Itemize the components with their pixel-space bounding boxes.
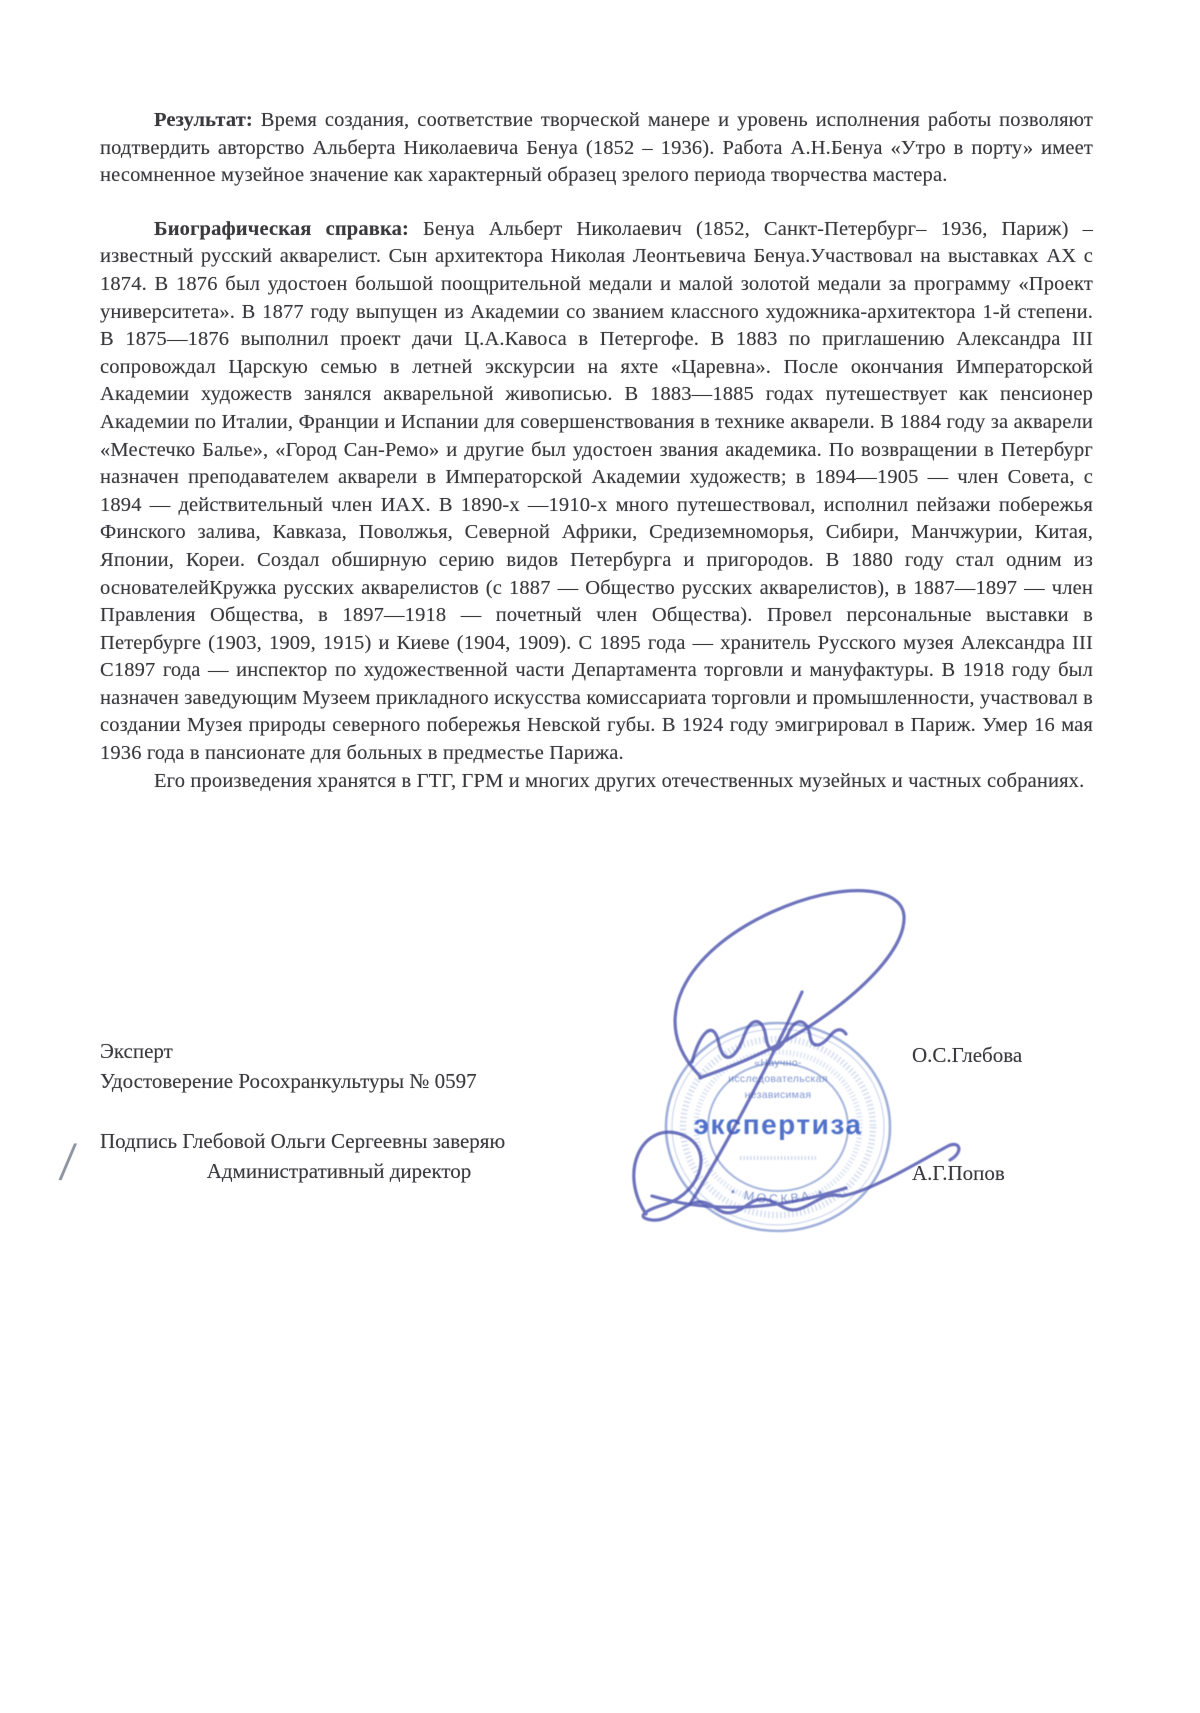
result-paragraph: Результат: Время создания, соответствие … xyxy=(100,107,1093,190)
collections-paragraph: Его произведения хранятся в ГТГ, ГРМ и м… xyxy=(100,768,1093,796)
document-body: Результат: Время создания, соответствие … xyxy=(100,107,1093,795)
certificate-line: Удостоверение Росохранкультуры № 0597 xyxy=(100,1066,477,1096)
stamp-center-word: экспертиза xyxy=(694,1109,863,1140)
collections-text: Его произведения хранятся в ГТГ, ГРМ и м… xyxy=(154,770,1084,792)
expert-label: Эксперт xyxy=(100,1036,477,1066)
official-stamp: «Научно- исследовательская независимая э… xyxy=(550,870,1030,1300)
expert-block: Эксперт Удостоверение Росохранкультуры №… xyxy=(100,1036,477,1096)
biography-text: Бенуа Альберт Николаевич (1852, Санкт-Пе… xyxy=(100,218,1093,764)
pen-slash-mark: / xyxy=(58,1130,78,1195)
attestation-line-1: Подпись Глебовой Ольги Сергеевны заверяю xyxy=(100,1126,578,1156)
attestation-block: Подпись Глебовой Ольги Сергеевны заверяю… xyxy=(100,1126,578,1186)
biography-paragraph: Биографическая справка: Бенуа Альберт Ни… xyxy=(100,216,1093,768)
document-page: Результат: Время создания, соответствие … xyxy=(0,0,1200,1713)
expert-signature xyxy=(675,891,904,1204)
result-label: Результат: xyxy=(154,109,253,131)
stamp-center-line-1: «Научно- xyxy=(754,1057,802,1069)
stamp-center-line-2: исследовательская xyxy=(728,1073,828,1085)
attestation-line-2: Административный директор xyxy=(100,1156,578,1186)
biography-label: Биографическая справка: xyxy=(154,218,409,240)
